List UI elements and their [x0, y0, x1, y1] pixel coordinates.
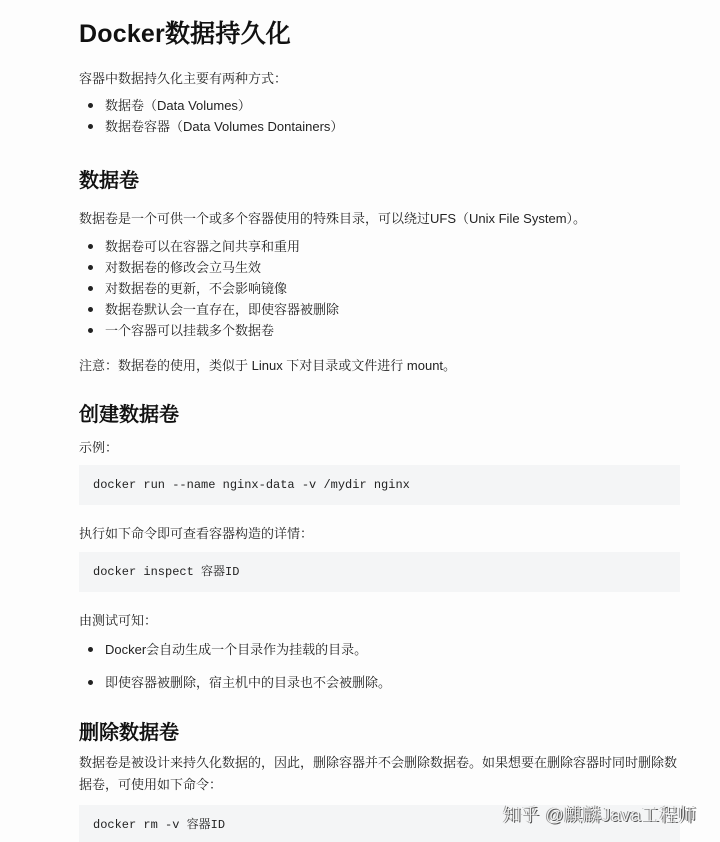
list-item: 数据卷容器（Data Volumes Dontainers）	[79, 116, 343, 137]
list-item: 数据卷可以在容器之间共享和重用	[79, 236, 339, 257]
bullet-icon	[88, 244, 93, 249]
page-title: Docker数据持久化	[79, 14, 291, 50]
section-heading-delete: 删除数据卷	[79, 716, 179, 745]
result-label: 由测试可知：	[79, 610, 157, 629]
bullet-icon	[88, 328, 93, 333]
volume-feature-list: 数据卷可以在容器之间共享和重用 对数据卷的修改会立马生效 对数据卷的更新，不会影…	[79, 236, 339, 341]
volume-note: 注意：数据卷的使用，类似于 Linux 下对目录或文件进行 mount。	[79, 355, 456, 374]
result-list: Docker会自动生成一个目录作为挂载的目录。 即使容器被删除，宿主机中的目录也…	[79, 639, 391, 705]
example-label: 示例：	[79, 437, 118, 456]
list-item: 数据卷（Data Volumes）	[79, 95, 343, 116]
list-item: 一个容器可以挂载多个数据卷	[79, 320, 339, 341]
bullet-icon	[88, 265, 93, 270]
zhihu-watermark: 知乎 @麒麟Java工程师	[503, 801, 697, 827]
bullet-icon	[88, 680, 93, 685]
code-block-run[interactable]: docker run --name nginx-data -v /mydir n…	[79, 465, 680, 505]
document-page: Docker数据持久化 容器中数据持久化主要有两种方式： 数据卷（Data Vo…	[0, 0, 720, 842]
delete-description: 数据卷是被设计来持久化数据的，因此，删除容器并不会删除数据卷。如果想要在删除容器…	[79, 752, 682, 796]
code-block-inspect[interactable]: docker inspect 容器ID	[79, 552, 680, 592]
bullet-icon	[88, 103, 93, 108]
list-item: 即使容器被删除，宿主机中的目录也不会被删除。	[79, 672, 391, 705]
intro-text: 容器中数据持久化主要有两种方式：	[79, 68, 287, 87]
inspect-label: 执行如下命令即可查看容器构造的详情：	[79, 523, 313, 542]
bullet-icon	[88, 124, 93, 129]
list-item: Docker会自动生成一个目录作为挂载的目录。	[79, 639, 391, 672]
section-heading-volume: 数据卷	[79, 164, 139, 193]
list-item: 对数据卷的更新，不会影响镜像	[79, 278, 339, 299]
section-heading-create: 创建数据卷	[79, 398, 179, 427]
bullet-icon	[88, 286, 93, 291]
intro-list: 数据卷（Data Volumes） 数据卷容器（Data Volumes Don…	[79, 95, 343, 137]
bullet-icon	[88, 647, 93, 652]
list-item: 对数据卷的修改会立马生效	[79, 257, 339, 278]
list-item: 数据卷默认会一直存在，即使容器被删除	[79, 299, 339, 320]
volume-description: 数据卷是一个可供一个或多个容器使用的特殊目录，可以绕过UFS（Unix File…	[79, 208, 586, 227]
bullet-icon	[88, 307, 93, 312]
